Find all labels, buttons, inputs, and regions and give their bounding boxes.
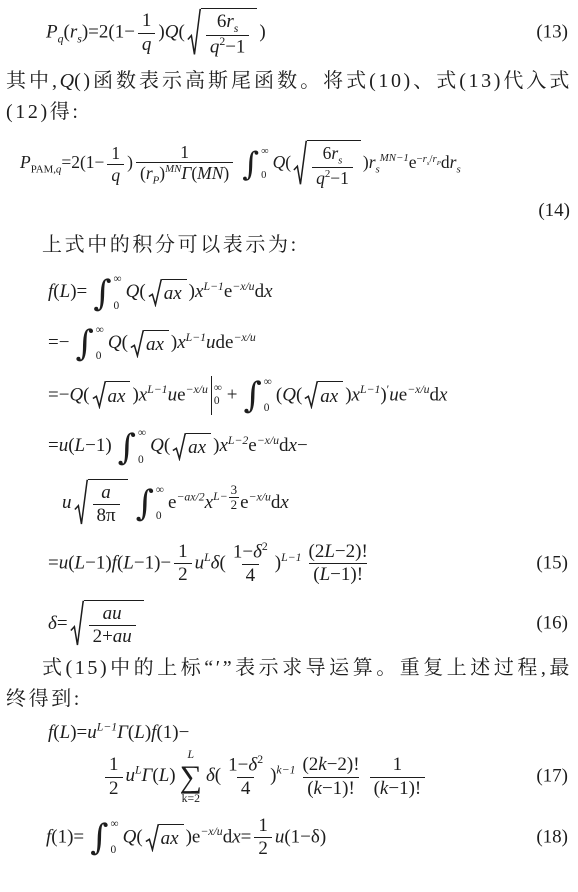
equation-fL-line1: f(L)=∫∞0Q(ax)xL−1e−x/udx [6, 274, 572, 312]
math-token: Γ [117, 722, 128, 743]
math-token: 2(1− [71, 152, 104, 172]
integral: ∫∞0 [118, 428, 146, 466]
integral-sign: ∫ [118, 430, 136, 465]
fraction: 1−δ24 [224, 754, 267, 800]
math-token: 2 [257, 753, 263, 766]
integral-lower-limit: 0 [264, 403, 270, 414]
math-token: u [206, 332, 216, 353]
math-token: Q [126, 281, 140, 302]
math-token: MN [165, 164, 181, 176]
math-token: u [195, 552, 205, 573]
equation-18: f(1)=∫∞0Q(ax)e−x/udx=12u(1−δ) (18) [6, 815, 572, 861]
radical: 6rsq2−1 [187, 8, 258, 58]
math-token: u [126, 765, 136, 786]
math-token: r [226, 11, 233, 32]
math-token: (L−1)! [309, 563, 367, 586]
math-token: )= [70, 722, 87, 743]
integral: ∫∞0 [136, 485, 164, 523]
math-token: MN [197, 163, 223, 183]
lower-limit: 0 [214, 396, 222, 407]
fraction: 1−δ24 [229, 541, 272, 587]
evaluation-bar: ∞0 [211, 376, 222, 416]
math-token: P [46, 22, 58, 43]
fraction: 32 [229, 483, 240, 511]
math-token: (1−δ) [284, 826, 326, 847]
integral-upper-limit: ∞ [156, 485, 164, 496]
integral-upper-limit: ∞ [110, 819, 118, 830]
math-token: ( [83, 384, 89, 405]
math-token: ( [296, 384, 302, 405]
integral-sign: ∫ [90, 820, 108, 855]
radicand: au2+au [84, 600, 144, 649]
fraction: 12 [254, 815, 272, 861]
math-token: d [430, 384, 440, 405]
math-token: u [389, 384, 399, 405]
math-token: L−1 [203, 280, 223, 293]
radical-icon [145, 824, 159, 852]
math-token: 2 [262, 540, 268, 553]
math-token: −x/u [233, 331, 255, 344]
math-token: L [159, 765, 170, 786]
integral-lower-limit: 0 [110, 845, 116, 856]
radical: ax [130, 330, 169, 358]
equation-14: PPAM,q=2(1−1q)1(rP)MNΓ(MN)∫∞0Q(6rsq2−1)r… [6, 140, 572, 188]
math-token: e [399, 384, 407, 405]
integral-lower-limit: 0 [96, 351, 102, 362]
math-token: u [59, 436, 69, 457]
radical-icon [187, 8, 201, 58]
radical: ax [145, 824, 184, 852]
math-token: −1 [225, 36, 245, 57]
math-token: e [409, 152, 417, 172]
radical-icon [304, 381, 318, 409]
math-token: Q [150, 436, 164, 457]
math-token: − [238, 754, 249, 775]
math-token: −1)! [322, 778, 355, 799]
radical-icon [74, 479, 88, 528]
math-token: 3 [229, 483, 240, 497]
math-token: 2 [174, 563, 192, 586]
math-token: ) [169, 765, 175, 786]
math-token: + [227, 384, 238, 405]
math-token: 2(1− [99, 22, 135, 43]
radical: au2+au [70, 600, 144, 649]
math-token: x [289, 436, 297, 457]
math-token: (2k−2)! [298, 754, 363, 776]
math-token: u [168, 384, 178, 405]
math-token: =− [48, 332, 69, 353]
fraction: (2L−2)!(L−1)! [305, 541, 372, 587]
math-token: L−1 [186, 331, 206, 344]
integral-upper-limit: ∞ [138, 428, 146, 439]
fraction: a8π [93, 482, 120, 528]
paragraph-1: 其中,Q()函数表示高斯尾函数。将式(10)、式(13)代入式(12)得: [6, 66, 572, 128]
math-token: L−2 [228, 434, 248, 447]
math-token: k [318, 754, 326, 775]
math-token: x [232, 826, 240, 847]
radicand: 6rsq2−1 [201, 8, 258, 58]
math-token: 4 [237, 777, 255, 800]
math-token: = [241, 826, 252, 847]
integral-lower-limit: 0 [114, 301, 120, 312]
math-token: −1) [85, 436, 112, 457]
math-token: ( [285, 152, 291, 172]
integral-upper-limit: ∞ [261, 147, 269, 158]
math-token: L−1 [360, 383, 380, 396]
math-token: = [48, 552, 59, 573]
radical: 6rsq2−1 [293, 140, 361, 188]
math-token: = [61, 152, 71, 172]
math-token: e [224, 281, 232, 302]
math-token: e [248, 436, 256, 457]
radical-icon [92, 381, 106, 409]
math-token: s [338, 155, 342, 167]
math-token: L [75, 552, 86, 573]
math-token: (2 [309, 541, 325, 562]
math-token: Q [273, 152, 286, 172]
radical: ax [304, 381, 343, 409]
radicand: ax [144, 330, 169, 358]
math-token: −x/u [186, 383, 208, 396]
equation-number-18: (18) [536, 825, 568, 850]
math-token: δ [48, 613, 57, 634]
math-token: k−1 [276, 764, 295, 777]
math-token: δ [253, 541, 262, 562]
math-token: au [113, 626, 132, 647]
math-token: L−1 [147, 383, 167, 396]
math-token: 1 [174, 541, 192, 563]
equation-fL-line5: ua8π∫∞0e−ax/2xL−32e−x/udx [6, 479, 572, 528]
sum-sign: ∑ [180, 762, 202, 792]
math-token: 1 [107, 143, 124, 164]
math-token: −1)! [388, 778, 421, 799]
math-token: 1 [105, 754, 123, 776]
math-token: q [316, 168, 325, 188]
equation-13: Pq(rs)=2(1−1q)Q(6rsq2−1) (13) [6, 8, 572, 58]
math-token: (2 [302, 754, 318, 775]
math-token: x [219, 436, 227, 457]
math-token: L [134, 722, 145, 743]
math-token: 1−δ2 [229, 541, 272, 564]
math-token: =− [48, 384, 69, 405]
math-token: = [48, 436, 59, 457]
math-token: q2−1 [312, 167, 353, 189]
integral: ∫∞0 [90, 819, 118, 857]
math-token: − [297, 436, 308, 457]
math-token: d [279, 436, 289, 457]
math-token: −ax/2 [176, 490, 204, 503]
integral: ∫∞0 [75, 325, 103, 363]
math-token: au [99, 603, 126, 625]
math-token: Q [60, 70, 74, 92]
math-token: 2 [93, 626, 103, 647]
fraction: 6rsq2−1 [312, 143, 353, 188]
math-token: k [314, 778, 322, 799]
radical-icon [293, 140, 307, 188]
paragraph-text: ()函数表示高斯尾函数。将式(10)、式(13)代入式(12)得: [6, 70, 572, 123]
math-token: x [205, 492, 213, 513]
math-token: 1 [389, 754, 407, 776]
math-token: 6rs [213, 11, 243, 35]
paragraph-2: 上式中的积分可以表示为: [6, 230, 572, 261]
radical: ax [172, 433, 211, 461]
math-token: = [57, 613, 68, 634]
math-token: (k−1)! [370, 777, 426, 800]
sum-lower-limit: k=2 [182, 792, 200, 805]
integral-upper-limit: ∞ [96, 325, 104, 336]
equation-fL-line4: =u(L−1)∫∞0Q(ax)xL−2e−x/udx− [6, 428, 572, 466]
radicand: ax [162, 279, 187, 307]
upper-limit: ∞ [214, 383, 222, 394]
equation-16: δ=au2+au (16) [6, 600, 572, 649]
math-token: Q [69, 384, 83, 405]
math-token: ( [164, 436, 170, 457]
fraction: 12 [174, 541, 192, 587]
math-token: x [280, 492, 288, 513]
exponent: −rs/rP [417, 153, 441, 165]
math-token: x [177, 332, 185, 353]
paragraph-text: 式(15)中的上标“′”表示求导运算。重复上述过程, [42, 657, 548, 679]
math-token: u [275, 826, 285, 847]
math-token: − [242, 541, 253, 562]
math-token: L [320, 564, 331, 585]
math-token: ) [259, 22, 265, 43]
math-token: Q [108, 332, 122, 353]
math-token: r [369, 152, 376, 172]
radical: ax [92, 381, 131, 409]
summation: L∑k=2 [180, 749, 202, 804]
math-token: x [352, 384, 360, 405]
math-token: e [177, 384, 185, 405]
integral-upper-limit: ∞ [114, 274, 122, 285]
math-token: x [264, 281, 272, 302]
math-token: 2 [229, 497, 240, 512]
radicand: ax [186, 433, 211, 461]
math-token: (2L−2)! [305, 541, 372, 563]
math-token: L−1 [281, 551, 301, 564]
paper-page: Pq(rs)=2(1−1q)Q(6rsq2−1) (13) 其中,Q()函数表示… [0, 0, 578, 892]
integral-lower-limit: 0 [261, 171, 266, 182]
math-token: ( [139, 281, 145, 302]
math-token: Γ [142, 765, 153, 786]
math-token: d [255, 281, 265, 302]
math-token: −x/u [200, 825, 222, 838]
radical-icon [130, 330, 144, 358]
math-token: e [240, 492, 248, 513]
integral-sign: ∫ [75, 326, 93, 361]
radical-icon [148, 279, 162, 307]
math-token: ( [178, 22, 184, 43]
math-token: a [97, 482, 115, 504]
math-token: ) [127, 152, 133, 172]
math-token: ( [122, 332, 128, 353]
math-token: ) [223, 163, 229, 183]
radicand: ax [106, 381, 131, 409]
radicand: 6rsq2−1 [307, 140, 361, 188]
math-token: 2+au [89, 625, 136, 648]
exponent: L−32 [213, 483, 240, 511]
math-token: L [123, 552, 134, 573]
math-token: −1)− [134, 552, 171, 573]
math-token: 1 [254, 815, 272, 837]
math-token: δ [248, 754, 257, 775]
math-token: L [60, 722, 71, 743]
math-token: Γ [181, 163, 191, 183]
math-token: d [271, 492, 281, 513]
math-token: u [59, 552, 69, 573]
math-token: PAM, [31, 164, 56, 176]
integral-lower-limit: 0 [156, 511, 162, 522]
fraction: 1(k−1)! [370, 754, 426, 800]
math-token: 4 [242, 564, 260, 587]
math-token: 2 [105, 777, 123, 800]
math-token: q [210, 36, 220, 57]
math-token: 1−δ2 [224, 754, 267, 777]
equation-number-13: (13) [536, 21, 568, 46]
math-token: P [20, 152, 31, 172]
math-token: L−1 [97, 720, 117, 733]
integral: ∫∞0 [242, 147, 268, 182]
math-token: δ [211, 552, 220, 573]
integral-sign: ∫ [243, 378, 261, 413]
math-token: d [441, 152, 450, 172]
fraction: 1(rP)MNΓ(MN) [136, 142, 233, 187]
radicand: ax [159, 824, 184, 852]
math-token: u [87, 722, 97, 743]
math-token: −1)! [330, 564, 363, 585]
math-token: 8π [93, 504, 120, 527]
math-token: (rP)MNΓ(MN) [136, 162, 233, 186]
radical: ax [148, 279, 187, 307]
math-token: q [107, 164, 124, 186]
math-token: 6 [323, 143, 332, 163]
math-token: L [60, 281, 71, 302]
equation-number-15: (15) [536, 552, 568, 577]
math-token: (k−1)! [303, 777, 359, 800]
math-token: s [234, 22, 239, 35]
math-token: −2)! [335, 541, 368, 562]
math-token: x [439, 384, 447, 405]
equation-fL-line3: =−Q(ax)xL−1ue−x/u∞0 +∫∞0(Q(ax)xL−1)′ue−x… [6, 376, 572, 416]
math-token: 6rs [319, 143, 347, 166]
fraction: (2k−2)!(k−1)! [298, 754, 363, 800]
fraction: 1q [107, 143, 124, 185]
fraction: 12 [105, 754, 123, 800]
integral-lower-limit: 0 [138, 455, 144, 466]
radical-icon [172, 433, 186, 461]
integral-sign: ∫ [93, 276, 111, 311]
math-token: 6 [217, 11, 227, 32]
equation-17-line2: 12uLΓ(L)L∑k=2δ(1−δ24)k−1(2k−2)!(k−1)!1(k… [6, 749, 572, 804]
math-token: d [223, 826, 233, 847]
math-token: s [456, 164, 460, 176]
integral-sign: ∫ [242, 148, 259, 180]
fraction: au2+au [89, 603, 136, 649]
math-token: 1 [138, 10, 156, 32]
math-token: −2)! [327, 754, 360, 775]
radical-icon [70, 600, 84, 649]
math-token: d [216, 332, 226, 353]
equation-number-14: (14) [6, 200, 570, 222]
paragraph-text: 其中, [6, 70, 60, 92]
math-token: 1 [176, 142, 193, 163]
math-token: δ [206, 765, 215, 786]
math-token: q2−1 [206, 35, 250, 59]
radical: a8π [74, 479, 128, 528]
math-token: L [75, 436, 86, 457]
integral: ∫∞0 [243, 377, 271, 415]
math-token: −x/u [407, 383, 429, 396]
math-token: −1 [330, 168, 349, 188]
math-token: −1) [85, 552, 112, 573]
equation-number-16: (16) [536, 612, 568, 637]
math-token: r [146, 163, 153, 183]
math-token: q [138, 33, 156, 56]
math-token: L [324, 541, 335, 562]
math-token: u [62, 492, 72, 513]
math-token: ( [215, 765, 221, 786]
equation-number-17: (17) [536, 765, 568, 790]
math-token: 1 [233, 541, 243, 562]
fraction: 6rsq2−1 [206, 11, 250, 58]
math-token: s [376, 164, 380, 176]
math-token: Q [165, 22, 179, 43]
math-token: 2 [254, 837, 272, 860]
integral-sign: ∫ [136, 486, 154, 521]
paragraph-3: 式(15)中的上标“′”表示求导运算。重复上述过程,最终得到: [6, 653, 572, 715]
math-token: (1)− [156, 722, 189, 743]
math-token: )= [82, 22, 99, 43]
integral: ∫∞0 [93, 274, 121, 312]
math-token: )= [70, 281, 87, 302]
fraction: 1q [138, 10, 156, 56]
math-token: ( [220, 552, 226, 573]
math-token: + [102, 626, 113, 647]
math-token: Q [123, 826, 137, 847]
math-token: Q [282, 384, 296, 405]
radicand: a8π [88, 479, 128, 528]
math-token: L− [213, 491, 227, 503]
math-token: 1 [228, 754, 238, 775]
equation-17-line1: f(L)=uL−1Γ(L)f(1)− [6, 721, 572, 746]
equation-fL-line2: =−∫∞0Q(ax)xL−1ude−x/u [6, 325, 572, 363]
math-token: −x/u [249, 490, 271, 503]
equation-15: =u(L−1)f(L−1)−12uLδ(1−δ24)L−1(2L−2)!(L−1… [6, 541, 572, 587]
math-token: −x/u [232, 280, 254, 293]
radicand: ax [318, 381, 343, 409]
math-token: −x/u [257, 434, 279, 447]
math-token: (1)= [51, 826, 84, 847]
math-token: x [139, 384, 147, 405]
integral-upper-limit: ∞ [264, 377, 272, 388]
paragraph-text: 上式中的积分可以表示为: [42, 234, 299, 256]
math-token: MN−1 [380, 153, 409, 165]
math-token: ( [136, 826, 142, 847]
